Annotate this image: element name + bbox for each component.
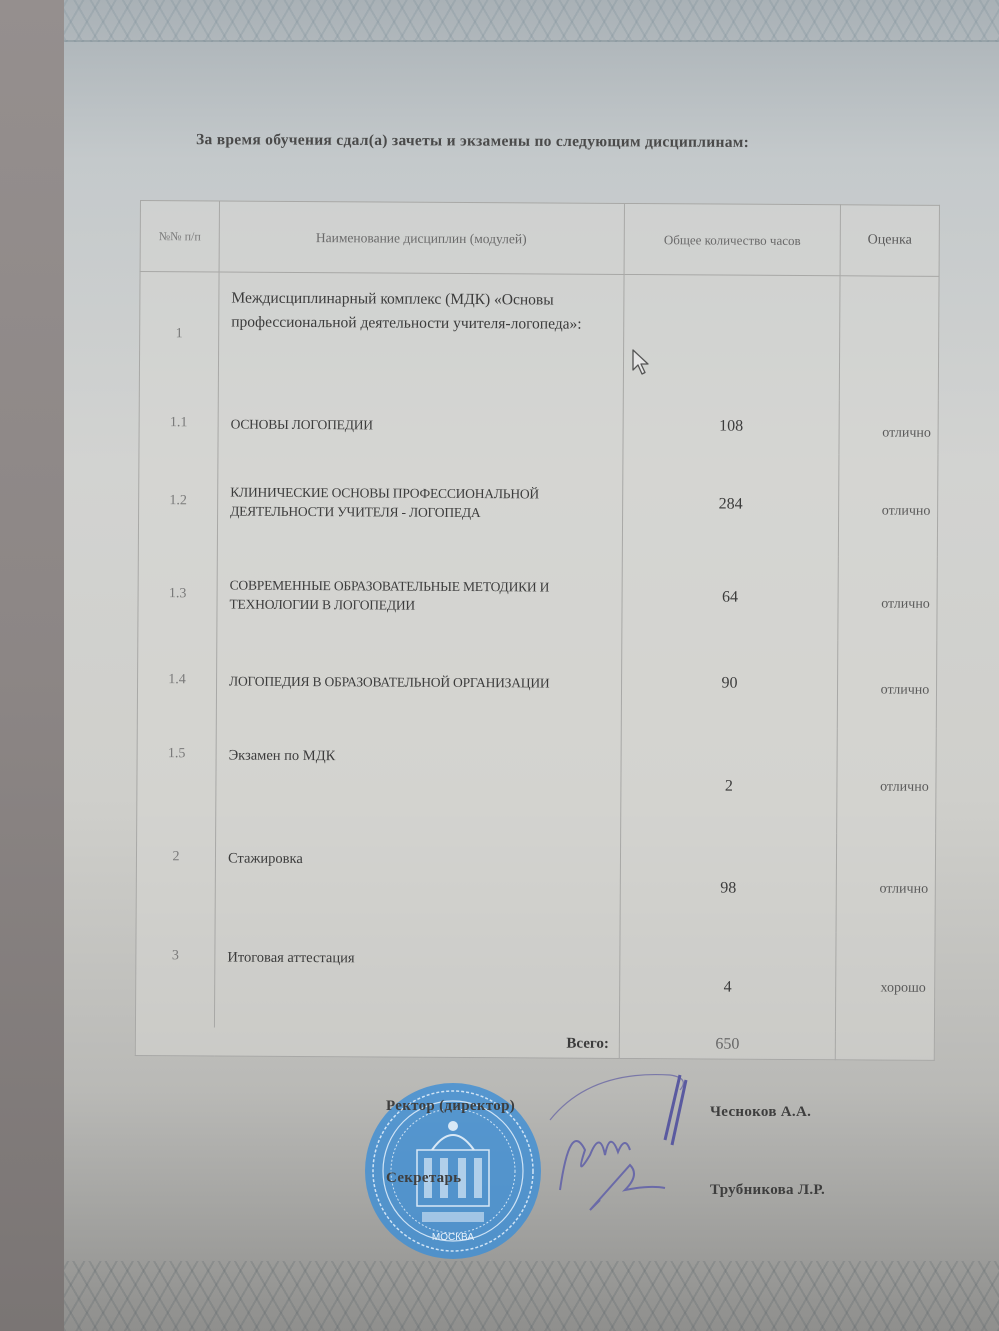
- secretary-title: Секретарь: [386, 1170, 461, 1187]
- rector-title: Ректор (директор): [386, 1098, 515, 1115]
- handwritten-signature-icon: [530, 1060, 730, 1230]
- svg-text:МОСКВА: МОСКВА: [432, 1232, 474, 1243]
- signatures-block: МОСКВА Ректор (директор) Чесноков А.А. С…: [0, 0, 999, 1331]
